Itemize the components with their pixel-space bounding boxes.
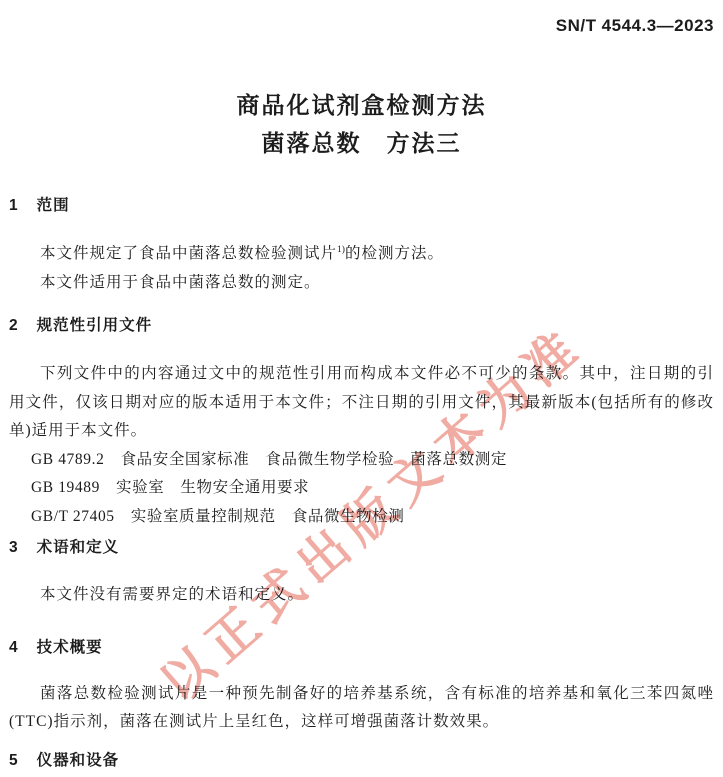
section-title: 术语和定义 <box>37 537 120 559</box>
scope-p1-text: 本文件规定了食品中菌落总数检验测试片 <box>40 245 337 262</box>
section-heading-normative-refs: 2 规范性引用文件 <box>9 315 714 337</box>
section-title: 范围 <box>37 195 70 217</box>
reference-item: GB 19489 实验室 生物安全通用要求 <box>31 474 714 503</box>
section-number: 5 <box>9 750 18 772</box>
section-heading-equipment: 5 仪器和设备 <box>9 750 714 772</box>
section-heading-summary: 4 技术概要 <box>9 637 714 659</box>
doc-number: SN/T 4544.3—2023 <box>9 0 714 36</box>
scope-paragraph-1: 本文件规定了食品中菌落总数检验测试片1)的检测方法。 <box>9 240 714 269</box>
terms-paragraph: 本文件没有需要界定的术语和定义。 <box>9 581 714 610</box>
section-title: 技术概要 <box>37 637 103 659</box>
section-number: 4 <box>9 637 18 659</box>
normative-refs-intro: 下列文件中的内容通过文中的规范性引用而构成本文件必不可少的条款。其中，注日期的引… <box>9 360 714 446</box>
section-number: 2 <box>9 315 18 337</box>
footnote-ref: 1) <box>337 245 345 255</box>
section-title: 规范性引用文件 <box>37 315 153 337</box>
reference-list: GB 4789.2 食品安全国家标准 食品微生物学检验 菌落总数测定 GB 19… <box>9 446 714 532</box>
document-title-line1: 商品化试剂盒检测方法 <box>9 86 714 124</box>
document-title: 商品化试剂盒检测方法 菌落总数 方法三 <box>9 86 714 162</box>
section-title: 仪器和设备 <box>37 750 120 772</box>
section-number: 3 <box>9 537 18 559</box>
reference-item: GB/T 27405 实验室质量控制规范 食品微生物检测 <box>31 503 714 532</box>
summary-paragraph: 菌落总数检验测试片是一种预先制备好的培养基系统，含有标准的培养基和氧化三苯四氮唑… <box>9 680 714 737</box>
section-number: 1 <box>9 195 18 217</box>
scope-paragraph-2: 本文件适用于食品中菌落总数的测定。 <box>9 269 714 298</box>
standard-document-page: 以正式出版文本为准 SN/T 4544.3—2023 商品化试剂盒检测方法 菌落… <box>0 0 723 777</box>
reference-item: GB 4789.2 食品安全国家标准 食品微生物学检验 菌落总数测定 <box>31 446 714 475</box>
scope-p1-tail: 的检测方法。 <box>345 245 444 262</box>
document-title-line2: 菌落总数 方法三 <box>9 124 714 162</box>
section-heading-scope: 1 范围 <box>9 195 714 217</box>
section-heading-terms: 3 术语和定义 <box>9 537 714 559</box>
document-content: SN/T 4544.3—2023 商品化试剂盒检测方法 菌落总数 方法三 1 范… <box>9 0 714 772</box>
